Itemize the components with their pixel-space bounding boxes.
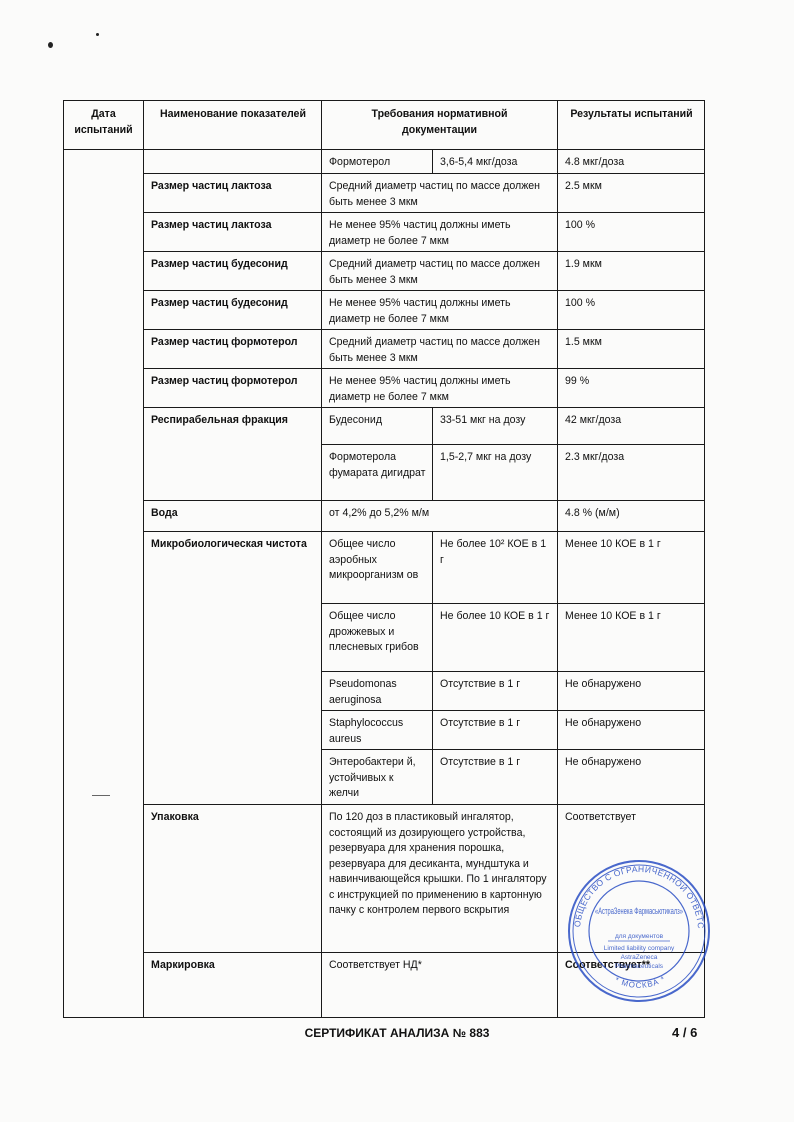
row-req: Не менее 95% частиц должны иметь диаметр… bbox=[322, 213, 558, 252]
row-req: Средний диаметр частиц по массе должен б… bbox=[322, 252, 558, 291]
row-sub: Формотерол bbox=[322, 150, 433, 174]
row-sub: Pseudomonas aeruginosa bbox=[322, 672, 433, 711]
row-result: 2.5 мкм bbox=[558, 174, 705, 213]
row-req: Отсутствие в 1 г bbox=[433, 750, 558, 805]
page-number: 4 / 6 bbox=[672, 1025, 697, 1040]
header-results: Результаты испытаний bbox=[558, 101, 705, 150]
row-sub: Формотерола фумарата дигидрат bbox=[322, 445, 433, 501]
row-req: По 120 доз в пластиковый ингалятор, сост… bbox=[322, 805, 558, 953]
row-req: от 4,2% до 5,2% м/м bbox=[322, 501, 558, 532]
row-name: Размер частиц формотерол bbox=[144, 369, 322, 408]
row-req: Соответствует НД* bbox=[322, 953, 558, 1018]
table-row: Размер частиц будесонид Средний диаметр … bbox=[64, 252, 705, 291]
row-result: 4.8 мкг/доза bbox=[558, 150, 705, 174]
row-result: Не обнаружено bbox=[558, 711, 705, 750]
row-req: 1,5-2,7 мкг на дозу bbox=[433, 445, 558, 501]
row-result: 1.9 мкм bbox=[558, 252, 705, 291]
row-name: Вода bbox=[144, 501, 322, 532]
table-row: Размер частиц лактоза Средний диаметр ча… bbox=[64, 174, 705, 213]
row-result: 99 % bbox=[558, 369, 705, 408]
row-req: Отсутствие в 1 г bbox=[433, 711, 558, 750]
table-row: Упаковка По 120 доз в пластиковый ингаля… bbox=[64, 805, 705, 953]
row-req: Средний диаметр частиц по массе должен б… bbox=[322, 174, 558, 213]
row-sub: Энтеробактери й, устойчивых к желчи bbox=[322, 750, 433, 805]
table-row: Размер частиц формотерол Средний диаметр… bbox=[64, 330, 705, 369]
row-name: Упаковка bbox=[144, 805, 322, 953]
certificate-table: Дата испытаний Наименование показателей … bbox=[63, 100, 705, 1018]
row-req: Не более 10² КОЕ в 1 г bbox=[433, 532, 558, 604]
row-req: Не менее 95% частиц должны иметь диаметр… bbox=[322, 291, 558, 330]
row-result: 2.3 мкг/доза bbox=[558, 445, 705, 501]
row-result: 100 % bbox=[558, 291, 705, 330]
row-result: Не обнаружено bbox=[558, 672, 705, 711]
table-row: Формотерол 3,6-5,4 мкг/доза 4.8 мкг/доза bbox=[64, 150, 705, 174]
table-header-row: Дата испытаний Наименование показателей … bbox=[64, 101, 705, 150]
row-req: Не более 10 КОЕ в 1 г bbox=[433, 604, 558, 672]
row-req: 3,6-5,4 мкг/доза bbox=[433, 150, 558, 174]
row-result: Соответствует bbox=[558, 805, 705, 953]
row-sub: Общее число дрожжевых и плесневых грибов bbox=[322, 604, 433, 672]
table-row: Размер частиц формотерол Не менее 95% ча… bbox=[64, 369, 705, 408]
row-name bbox=[144, 150, 322, 174]
scan-speck bbox=[48, 42, 53, 48]
row-name: Размер частиц лактоза bbox=[144, 213, 322, 252]
header-date: Дата испытаний bbox=[64, 101, 144, 150]
table-row: Размер частиц будесонид Не менее 95% час… bbox=[64, 291, 705, 330]
row-sub: Будесонид bbox=[322, 408, 433, 445]
row-name: Микробиологическая чистота bbox=[144, 532, 322, 805]
row-result: 42 мкг/доза bbox=[558, 408, 705, 445]
table-row: Вода от 4,2% до 5,2% м/м 4.8 % (м/м) bbox=[64, 501, 705, 532]
scan-speck bbox=[96, 33, 99, 36]
row-name: Размер частиц будесонид bbox=[144, 252, 322, 291]
table-row: Микробиологическая чистота Общее число а… bbox=[64, 532, 705, 604]
row-result: 4.8 % (м/м) bbox=[558, 501, 705, 532]
row-req: Средний диаметр частиц по массе должен б… bbox=[322, 330, 558, 369]
table-row: Размер частиц лактоза Не менее 95% части… bbox=[64, 213, 705, 252]
row-sub: Staphylococcus aureus bbox=[322, 711, 433, 750]
row-result: Не обнаружено bbox=[558, 750, 705, 805]
table-row: Маркировка Соответствует НД* Соответству… bbox=[64, 953, 705, 1018]
row-sub: Общее число аэробных микроорганизм ов bbox=[322, 532, 433, 604]
row-result: Менее 10 КОЕ в 1 г bbox=[558, 604, 705, 672]
header-requirements: Требования нормативной документации bbox=[322, 101, 558, 150]
row-req: Отсутствие в 1 г bbox=[433, 672, 558, 711]
header-name: Наименование показателей bbox=[144, 101, 322, 150]
row-req: 33-51 мкг на дозу bbox=[433, 408, 558, 445]
row-req: Не менее 95% частиц должны иметь диаметр… bbox=[322, 369, 558, 408]
row-name: Респирабельная фракция bbox=[144, 408, 322, 501]
row-name: Размер частиц лактоза bbox=[144, 174, 322, 213]
date-cell bbox=[64, 150, 144, 1018]
row-name: Маркировка bbox=[144, 953, 322, 1018]
row-name: Размер частиц будесонид bbox=[144, 291, 322, 330]
table-row: Респирабельная фракция Будесонид 33-51 м… bbox=[64, 408, 705, 445]
row-result: Соответствует** bbox=[558, 953, 705, 1018]
row-result: 1.5 мкм bbox=[558, 330, 705, 369]
row-name: Размер частиц формотерол bbox=[144, 330, 322, 369]
row-result: Менее 10 КОЕ в 1 г bbox=[558, 532, 705, 604]
row-result: 100 % bbox=[558, 213, 705, 252]
